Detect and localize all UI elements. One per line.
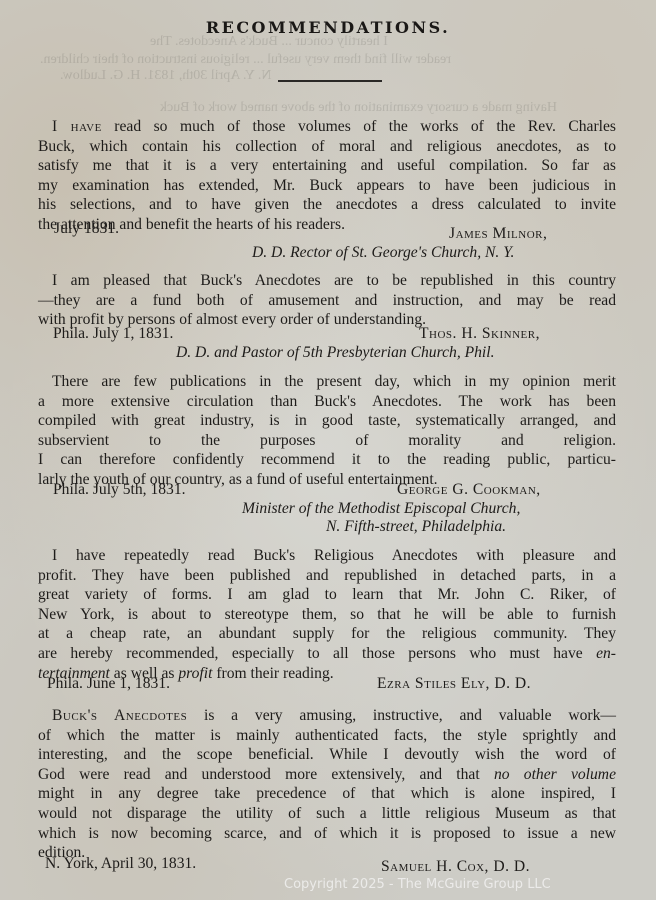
recommendation-body: Buck's Anecdotes is a very amusing, inst… [38, 706, 616, 863]
text-line: a more extensive circulation than Buck's… [38, 392, 616, 412]
text-line: compiled with great industry, is in good… [38, 411, 616, 431]
recommendation-body: I have read so much of those volumes of … [38, 117, 616, 235]
text-line: great variety of forms. I am glad to lea… [38, 585, 616, 605]
recommendation-signer: Thos. H. Skinner, [419, 325, 540, 343]
text-line: subservient to the purposes of morality … [38, 431, 616, 451]
title-divider [278, 80, 382, 82]
text-line: I have repeatedly read Buck's Religious … [38, 546, 616, 566]
copyright-watermark: Copyright 2025 - The McGuire Group LLC [284, 877, 551, 892]
text-line: I am pleased that Buck's Anecdotes are t… [38, 271, 616, 291]
text-line: interesting, and the scope beneficial. W… [38, 745, 616, 765]
text-line: which is now becoming scarce, and of whi… [38, 824, 616, 844]
recommendation-signer-title: Minister of the Methodist Episcopal Chur… [242, 500, 520, 518]
text-line: Buck's Anecdotes is a very amusing, inst… [38, 706, 616, 726]
recommendation-date: Phila. June 1, 1831. [47, 675, 170, 693]
text-line: profit. They have been published and rep… [38, 566, 616, 586]
text-line: of which the matter is mainly authentica… [38, 726, 616, 746]
recommendation-signer-title: N. Fifth-street, Philadelphia. [326, 518, 506, 536]
book-page: I heartily concur ... Buck's Anecdotes. … [0, 0, 656, 900]
recommendation-signer: Ezra Stiles Ely, D. D. [377, 675, 531, 693]
text-line: There are few publications in the presen… [38, 372, 616, 392]
page-title: RECOMMENDATIONS. [0, 18, 656, 37]
recommendation-date: Phila. July 5th, 1831. [53, 481, 186, 499]
recommendation-signer: Samuel H. Cox, D. D. [381, 858, 530, 876]
text-line: satisfy me that it is a very entertainin… [38, 156, 616, 176]
recommendation-signer: James Milnor, [449, 225, 547, 243]
recommendation-date: Phila. July 1, 1831. [53, 325, 173, 343]
bleed-through-text: N. Y. April 30th, 1831. H. G. Ludlow. [60, 68, 271, 84]
text-line: I can therefore confidently recommend it… [38, 450, 616, 470]
text-line: I have read so much of those volumes of … [38, 117, 616, 137]
text-line: my examination has extended, Mr. Buck ap… [38, 176, 616, 196]
text-line: —they are a fund both of amusement and i… [38, 291, 616, 311]
text-line: his selections, and to have given the an… [38, 195, 616, 215]
recommendation-body: I have repeatedly read Buck's Religious … [38, 546, 616, 683]
recommendation-body: I am pleased that Buck's Anecdotes are t… [38, 271, 616, 330]
bleed-through-text: reader will find them very useful ... re… [40, 52, 451, 68]
recommendation-date: N. York, April 30, 1831. [45, 855, 196, 873]
text-line: at a cheap rate, an abundant supply for … [38, 624, 616, 644]
recommendation-date: July 1831. [54, 220, 119, 238]
text-line: are hereby recommended, especially to al… [38, 644, 616, 664]
text-line: God were read and understood more extens… [38, 765, 616, 785]
text-line: would not disparage the utility of such … [38, 804, 616, 824]
text-line: might in any degree take precedence of t… [38, 784, 616, 804]
recommendation-signer-title: D. D. and Pastor of 5th Presbyterian Chu… [176, 344, 495, 362]
text-line: Buck, which contain his collection of mo… [38, 137, 616, 157]
recommendation-signer-title: D. D. Rector of St. George's Church, N. … [252, 244, 514, 262]
text-line: New York, is about to stereotype them, s… [38, 605, 616, 625]
recommendation-body: There are few publications in the presen… [38, 372, 616, 490]
bleed-through-text: Having made a cursory examination of the… [160, 100, 557, 116]
recommendation-signer: George G. Cookman, [397, 481, 541, 499]
